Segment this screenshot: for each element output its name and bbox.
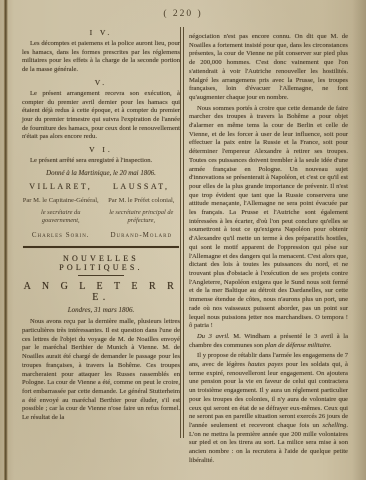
column-divider-rule	[180, 27, 184, 438]
signature-by-row: Par M. le Capitaine-Général, Par M. le P…	[22, 197, 180, 207]
signature-signer-row: Charles Sorin. Durand-Molard	[22, 230, 180, 239]
section-iv-heading: I V.	[22, 28, 180, 37]
bohemia-analysis-paragraph: Nous sommes portés à croire que cette de…	[189, 105, 348, 331]
section-iv-body: Les décomptes et paiemens et la police a…	[22, 40, 180, 75]
signature-laussat: LAUSSAT,	[103, 182, 180, 191]
section-vi-body: Le présent arrêté sera enregistré à l'in…	[22, 157, 180, 166]
section-separator-rule	[23, 246, 179, 249]
signature-role-prefecture: le secrétaire principal de préfecture,	[103, 209, 180, 225]
section-vi-heading: V I.	[22, 145, 180, 154]
army-plan-paragraph: Il y propose de rétablir dans l'armée le…	[189, 352, 348, 465]
left-column: I V. Les décomptes et paiemens et la pol…	[22, 25, 180, 425]
signature-role-row: le secrétaire du gouvernement, le secrét…	[22, 209, 180, 227]
section-v-body: Le présent arrangement recevra son exécu…	[22, 90, 180, 142]
angleterre-header: A N G L E T E R R E.	[22, 281, 180, 303]
section-v-heading: V.	[22, 78, 180, 87]
right-column: négociation n'est pas encore connu. On d…	[189, 33, 348, 467]
signature-names-row: VILLARET, LAUSSAT,	[22, 180, 180, 195]
army-plan-seg2: pour les soldats qui, à terme expiré, re…	[189, 361, 348, 429]
signature-by-capitaine-general: Par M. le Capitaine-Général,	[22, 197, 99, 205]
short-rule	[78, 275, 124, 276]
londres-dateline: Londres, 31 mars 1806.	[22, 306, 180, 314]
newspaper-page: ( 220 ) I V. Les décomptes et paiemens e…	[0, 0, 366, 480]
april-3-lead: Du 3 avril.	[197, 333, 230, 340]
signer-charles-sorin: Charles Sorin.	[22, 231, 99, 239]
binding-edge	[3, 0, 8, 480]
signature-villaret: VILLARET,	[22, 182, 99, 191]
signature-by-prefet-colonial: Par M. le Préfet colonial,	[103, 197, 180, 205]
signature-role-gouvernement: le secrétaire du gouvernement,	[22, 209, 99, 225]
nouvelles-politiques-header: NOUVELLES POLITIQUES.	[22, 254, 180, 272]
april-3-paragraph: Du 3 avril. M. Windham a présenté le 3 a…	[189, 333, 348, 350]
army-plan-hautes-payes: hautes payes	[248, 361, 283, 368]
april-3-plan-italic: plan de défense militaire.	[265, 342, 332, 349]
army-plan-schelling: schelling	[323, 422, 347, 429]
angleterre-paragraph-1: Nous avons reçu par la dernière malle, p…	[22, 318, 180, 422]
signer-durand-molard: Durand-Molard	[103, 231, 180, 239]
negociation-paragraph: négociation n'est pas encore connu. On d…	[189, 33, 348, 103]
page-number: ( 220 )	[0, 9, 366, 19]
martinique-dateline: Donné à la Martinique, le 20 mai 1806.	[22, 170, 180, 177]
page-edge-shade	[352, 0, 366, 480]
